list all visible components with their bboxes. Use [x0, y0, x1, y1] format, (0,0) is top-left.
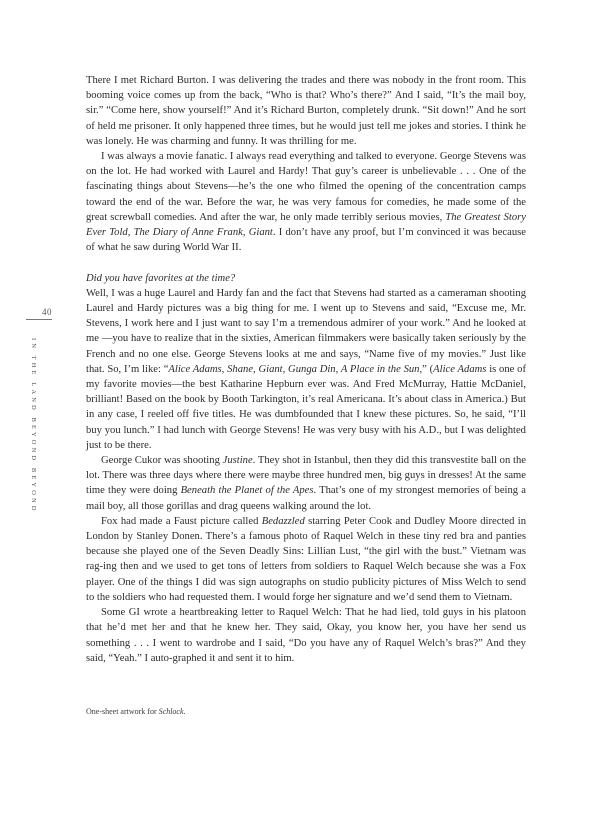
image-caption: One-sheet artwork for Schlock.	[86, 707, 186, 716]
text-run: George Cukor was shooting	[101, 455, 223, 466]
text-run: Fox had made a Faust picture called	[101, 516, 262, 527]
italic-title: Alice Adams, Shane, Giant, Gunga Din, A …	[168, 364, 422, 375]
caption-prefix: One-sheet artwork for	[86, 707, 159, 716]
text-run: There I met Richard Burton. I was delive…	[86, 75, 526, 147]
body-text: There I met Richard Burton. I was delive…	[86, 73, 526, 666]
italic-title: Justine	[223, 455, 253, 466]
italic-title: Bedazzled	[262, 516, 305, 527]
paragraph-bedazzled: Fox had made a Faust picture called Beda…	[86, 514, 526, 605]
paragraph-burton: There I met Richard Burton. I was delive…	[86, 73, 526, 149]
text-run: Well, I was a huge Laurel and Hardy fan …	[86, 288, 526, 375]
caption-title: Schlock	[159, 707, 184, 716]
book-page: 40 IN THE LAND BEYOND BEYOND There I met…	[0, 0, 600, 815]
italic-title: Beneath the Planet of the Apes	[181, 485, 314, 496]
paragraph-stevens: I was always a movie fanatic. I always r…	[86, 149, 526, 255]
caption-suffix: .	[184, 707, 186, 716]
paragraph-laurel-hardy: Well, I was a huge Laurel and Hardy fan …	[86, 286, 526, 453]
italic-title: Did you have favorites at the time?	[86, 273, 235, 284]
page-number: 40	[26, 306, 52, 318]
text-run: Some GI wrote a heartbreaking letter to …	[86, 607, 526, 664]
page-margin: 40	[26, 306, 56, 320]
italic-title: Alice Adams	[433, 364, 486, 375]
interview-question: Did you have favorites at the time?	[86, 271, 526, 286]
running-head: IN THE LAND BEYOND BEYOND	[30, 338, 37, 514]
text-run: ” (	[422, 364, 433, 375]
page-number-rule	[26, 319, 52, 320]
text-run: starring Peter Cook and Dudley Moore dir…	[86, 516, 526, 603]
paragraph-cukor: George Cukor was shooting Justine. They …	[86, 453, 526, 514]
paragraph-gi-letter: Some GI wrote a heartbreaking letter to …	[86, 605, 526, 666]
text-run: is one of my favorite movies—the best Ka…	[86, 364, 526, 451]
